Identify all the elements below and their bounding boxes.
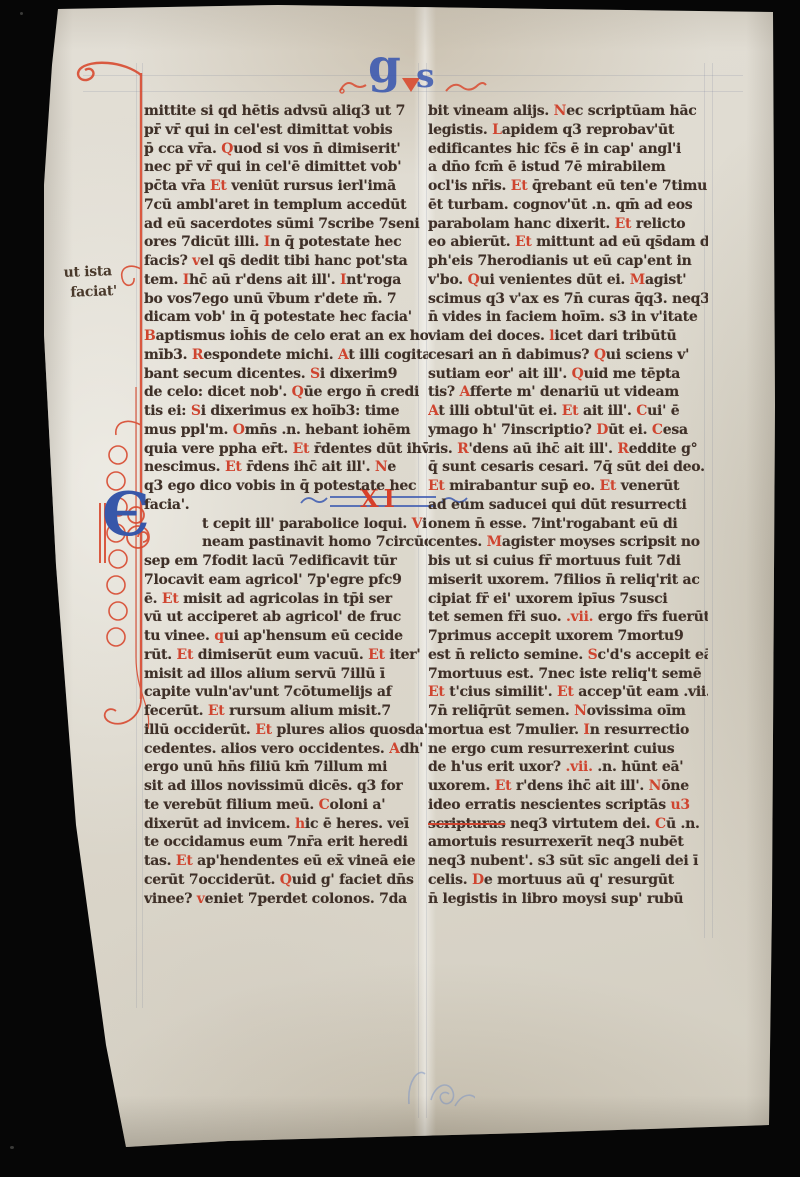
- text-line: mittite si qd hētis advsū aliq3 ut 7: [144, 102, 428, 121]
- text-line: dicam vob' in q̄ potestate hec facia': [144, 308, 428, 327]
- text-line: eo abierūt. Et mittunt ad eū qs̄dam de: [428, 233, 708, 252]
- text-line: ē. Et misit ad agricolas in tp̄i ser: [144, 590, 428, 609]
- text-line: facia'.: [144, 496, 428, 515]
- margin-note: ut ista faciat': [63, 261, 117, 303]
- text-line: bant secum dicentes. Si dixerim9: [144, 365, 428, 384]
- text-line: tu vinee. qui ap'hensum eū cecide: [144, 627, 428, 646]
- text-line: ergo unū hn̄s filiū km̄ 7illum mi: [144, 758, 428, 777]
- text-line: scimus q3 v'ax es 7n̄ curas q̄q3. neq3: [428, 290, 708, 309]
- text-line: rūt. Et dimiserūt eum vacuū. Et iter': [144, 646, 428, 665]
- text-line: scripturas neq3 virtutem dei. Cū .n.: [428, 815, 708, 834]
- text-line: misit ad illos alium servū 7illū ī: [144, 665, 428, 684]
- red-flourish-icon: [444, 77, 488, 101]
- text-line: n̄ vides in faciem hoīm. s3 in v'itate: [428, 308, 708, 327]
- margin-note-line: faciat': [64, 281, 117, 303]
- text-line: bis ut si cuius fr̄ mortuus fuit 7di: [428, 552, 708, 571]
- text-line: tis? Afferte m' denariū ut videam: [428, 383, 708, 402]
- text-line: sit ad illos novissimū dicēs. q3 for: [144, 777, 428, 796]
- blue-pen-doodle: [405, 1060, 475, 1116]
- text-line: Baptismus ioh̄is de celo erat an ex ho: [144, 327, 428, 346]
- dust-speck: [10, 1146, 14, 1149]
- text-line: ad eū sacerdotes sūmi 7scribe 7seni: [144, 215, 428, 234]
- text-line: legistis. Lapidem q3 reprobav'ūt: [428, 121, 708, 140]
- text-line: neq3 nubent'. s3 sūt sīc angeli dei ī: [428, 852, 708, 871]
- text-line: edificantes hic fc̄s ē in cap' angl'i: [428, 140, 708, 159]
- text-line: pc̄ta vr̄a Et veniūt rursus ierl'imā: [144, 177, 428, 196]
- text-line: ne ergo cum resurrexerint cuius: [428, 740, 708, 759]
- text-line: miserit uxorem. 7filios n̄ reliq'rit ac: [428, 571, 708, 590]
- text-line: centes. Magister moyses scripsit no: [428, 533, 708, 552]
- text-line: te occidamus eum 7nr̄a erit heredi: [144, 833, 428, 852]
- text-line: vū ut acciperet ab agricol' de fruc: [144, 608, 428, 627]
- text-line: pr̄ vr̄ qui in cel'est dimittat vobis: [144, 121, 428, 140]
- text-line: nescimus. Et r̄dens ihc̄ ait ill'. Ne: [144, 458, 428, 477]
- text-line: Et t'cius similit'. Et accep'ūt eam .vii…: [428, 683, 708, 702]
- text-line: de h'us erit uxor? .vii. .n. hūnt eā': [428, 758, 708, 777]
- text-line: p̄ cca vr̄a. Quod si vos n̄ dimiserit': [144, 140, 428, 159]
- text-line: mus ppl'm. Omn̄s .n. hebant iohēm: [144, 421, 428, 440]
- text-line: mortua est 7mulier. In resurrectio: [428, 721, 708, 740]
- running-title-letter-g: g: [368, 43, 401, 90]
- text-line: ideo erratis nescientes scriptās u3: [428, 796, 708, 815]
- text-line: q3 ego dico vobis in q̄ potestate hec: [144, 477, 428, 496]
- red-flourish-icon: [338, 75, 372, 99]
- running-title-letter-s: s: [416, 59, 435, 92]
- text-line: est n̄ relicto semine. Sc'd's accepit eā: [428, 646, 708, 665]
- text-line: tis ei: Si dixerimus ex hoīb3: time: [144, 402, 428, 421]
- text-line: sutiam eor' ait ill'. Quid me tēpta: [428, 365, 708, 384]
- manuscript-leaf: g s: [28, 5, 776, 1153]
- text-line: neam pastinavit homo 7circūded': [144, 533, 428, 552]
- text-line: cesari an n̄ dabimus? Qui sciens v': [428, 346, 708, 365]
- text-line: amortuis resurrexerīt neq3 nubēt: [428, 833, 708, 852]
- text-line: ocl'is nr̄is. Et q̄rebant eū ten'e 7timu…: [428, 177, 708, 196]
- text-line: ēt turbam. cognov'ūt .n. qm̄ ad eos: [428, 196, 708, 215]
- text-line: tas. Et ap'hendentes eū ex̄ vineā eie: [144, 852, 428, 871]
- text-line: cedentes. alios vero occidentes. Adh': [144, 740, 428, 759]
- text-line: cipiat fr̄ ei' uxorem ipīus 7susci: [428, 590, 708, 609]
- text-line: capite vuln'av'unt 7cōtumelijs af: [144, 683, 428, 702]
- text-line: bo vos7ego unū v̄bum r'dete m̄. 7: [144, 290, 428, 309]
- text-line: 7mortuus est. 7nec iste reliq't semē: [428, 665, 708, 684]
- text-line: Et mirabantur sup̄ eo. Et venerūt: [428, 477, 708, 496]
- text-line: quia vere ppha er̄t. Et r̄dentes dūt ihv…: [144, 440, 428, 459]
- photograph: { "photo": { "background_color": "#06060…: [0, 0, 800, 1177]
- text-line: bit vineam alijs. Nec scriptūam hāc: [428, 102, 708, 121]
- text-line: v'bo. Qui venientes dūt ei. Magist': [428, 271, 708, 290]
- text-column-right: bit vineam alijs. Nec scriptūam hāclegis…: [428, 102, 708, 908]
- text-line: de celo: dicet nob'. Qūe ergo n̄ credi: [144, 383, 428, 402]
- text-line: a dn̄o fcm̄ ē istud 7ē mirabilem: [428, 158, 708, 177]
- text-line: vinee? veniet 7perdet colonos. 7da: [144, 890, 428, 909]
- text-line: n̄ legistis in libro moysi sup' rubū: [428, 890, 708, 909]
- text-line: celis. De mortuus aū q' resurgūt: [428, 871, 708, 890]
- text-line: ores 7dicūt illi. In q̄ potestate hec: [144, 233, 428, 252]
- text-line: 7n̄ reliq̄rūt semen. Novissima oīm: [428, 702, 708, 721]
- text-line: ph'eis 7herodianis ut eū cap'ent in: [428, 252, 708, 271]
- text-line: sep em 7fodit lacū 7edificavit tūr: [144, 552, 428, 571]
- text-line: ris. R'dens aū ihc̄ ait ill'. Reddite g°: [428, 440, 708, 459]
- text-line: te verebūt filium meū. Coloni a': [144, 796, 428, 815]
- text-line: At illi obtul'ūt ei. Et ait ill'. Cui' ē: [428, 402, 708, 421]
- text-line: facis? vel qs̄ dedit tibi hanc pot'sta: [144, 252, 428, 271]
- text-line: mīb3. Respondete michi. At illi cogita: [144, 346, 428, 365]
- text-line: tem. Ihc̄ aū r'dens ait ill'. Int'roga: [144, 271, 428, 290]
- ruling-line: [712, 63, 713, 938]
- text-line: onem n̄ esse. 7int'rogabant eū di: [428, 515, 708, 534]
- dust-speck: [20, 12, 23, 15]
- text-column-left: mittite si qd hētis advsū aliq3 ut 7pr̄ …: [144, 102, 428, 908]
- initial-letter: Є: [102, 485, 150, 545]
- margin-note-line: ut ista: [63, 261, 116, 283]
- text-line: ymago h' 7inscriptio? Dūt ei. Cesa: [428, 421, 708, 440]
- text-line: dixerūt ad invicem. hic ē heres. veī: [144, 815, 428, 834]
- text-line: viam dei doces. licet dari tribūtū: [428, 327, 708, 346]
- text-line: uxorem. Et r'dens ihc̄ ait ill'. Nōne: [428, 777, 708, 796]
- text-line: illū occiderūt. Et plures alios quosda': [144, 721, 428, 740]
- text-line: 7primus accepit uxorem 7mortu9: [428, 627, 708, 646]
- text-line: cerūt 7occiderūt. Quid g' faciet dn̄s: [144, 871, 428, 890]
- text-line: t cepit ill' parabolice loqui. Vi: [144, 515, 428, 534]
- text-line: nec pr̄ vr̄ qui in cel'ē dimittet vob': [144, 158, 428, 177]
- text-line: q̄ sunt cesaris cesari. 7q̄ sūt dei deo.: [428, 458, 708, 477]
- text-line: parabolam hanc dixerit. Et relicto: [428, 215, 708, 234]
- text-line: fecerūt. Et rursum alium misit.7: [144, 702, 428, 721]
- text-line: 7locavit eam agricol' 7p'egre pfc9: [144, 571, 428, 590]
- text-line: 7cū ambl'aret in templum accedūt: [144, 196, 428, 215]
- text-line: tet semen fr̄i suo. .vii. ergo fr̄s fuer…: [428, 608, 708, 627]
- text-line: ad eum saducei qui dūt resurrecti: [428, 496, 708, 515]
